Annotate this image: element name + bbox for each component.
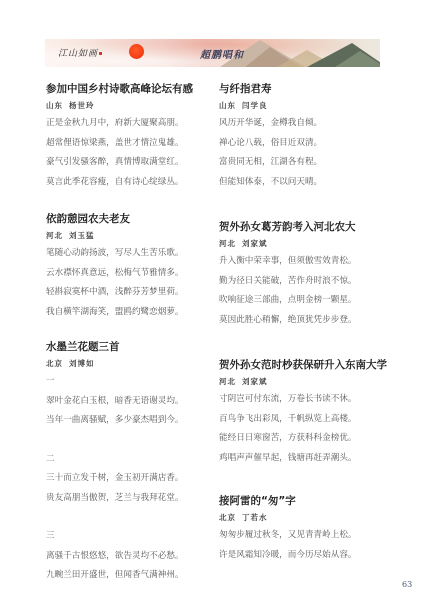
mountain-illustration [335,51,380,67]
poem-line: 翠叶金花白玉根，暗香无语谢灵均。 [46,392,221,412]
poem-line: 豪气引发骚客醉，真情博取满堂红。 [46,153,221,173]
author-name: 杨世玲 [69,101,95,110]
poem: 贺外孙女范时杪获保研升入东南大学 河北刘家斌 寸阴岂可付东流，万卷长书读不休。 … [219,358,394,468]
poem-author: 北京丁若水 [219,513,394,523]
poem-body: 一 翠叶金花白玉根，暗香无语谢灵均。 当年一曲离骚赋，多少豪杰唱到今。 二 三十… [46,372,221,586]
poem-line: 莫因此胜心稍懈，绝顶犹凭步步登。 [219,311,394,331]
brand-text: 江山如画 [58,49,98,59]
poem-line: 轻斟寂寞杯中酒，浅醉芬芳梦里荷。 [46,283,221,303]
header-banner: 江山如画 超鹏唱和 [45,39,380,67]
poem-author: 山东闫学良 [219,101,394,111]
poem-line: 能经日日寒窗苦，方获科科金榜优。 [219,429,394,449]
poem-line: 升入衡中荣幸事，但须傲雪效青松。 [219,252,394,272]
magazine-brand: 江山如画 [58,46,102,59]
poem-line: 当年一曲离骚赋，多少豪杰唱到今。 [46,411,221,431]
poem: 依韵憩园农夫老友 河北刘玉猛 笔随心动韵扬波，写尽人生苦乐歌。 云水襟怀真意远，… [46,212,221,322]
poem: 与纤指君寿 山东闫学良 风历开华诞，金樽我自倾。 禅心论八载，俗目近双清。 富贵… [219,82,394,192]
poem: 贺外孙女葛芳韵考入河北农大 河北刘家斌 升入衡中荣幸事，但须傲雪效青松。 勤为径… [219,220,394,330]
part-number: 一 [46,372,221,392]
poem-body: 寸阴岂可付东流，万卷长书读不休。 百鸟争飞出彩凤，千帆纵览上高楼。 能经日日寒窗… [219,390,394,468]
poem-line: 笔随心动韵扬波，写尽人生苦乐歌。 [46,244,221,264]
author-place: 河北 [46,231,63,240]
poem-body: 匆匆步履过秋冬，又见青青岭上松。 许是风霜知冷暖，而今历尽始从容。 [219,526,394,565]
poem-line: 富贵同无相，江湖各有程。 [219,153,394,173]
author-name: 闫学良 [242,101,268,110]
poem-author: 河北刘家斌 [219,239,394,249]
poem-author: 山东杨世玲 [46,101,221,111]
poem-line: 但能知体泰，不以问天晴。 [219,173,394,193]
poem-body: 笔随心动韵扬波，写尽人生苦乐歌。 云水襟怀真意远，松梅气节雅情多。 轻斟寂寞杯中… [46,244,221,322]
poem-title: 接阿雷的“匆”字 [219,494,394,508]
poem-title: 参加中国乡村诗歌高峰论坛有感 [46,82,221,96]
poem-body: 风历开华诞，金樽我自倾。 禅心论八载，俗目近双清。 富贵同无相，江湖各有程。 但… [219,114,394,192]
poem-line: 三十而立发千树，金玉初开满店香。 [46,469,221,489]
poem-author: 河北刘玉猛 [46,231,221,241]
part-spacer [46,431,221,450]
page-number: 63 [402,580,412,589]
poem-line: 正是金秋九月中，府新大厦聚高朋。 [46,114,221,134]
author-name: 丁若水 [242,513,268,522]
poem-line: 禅心论八载，俗目近双清。 [219,134,394,154]
author-name: 刘家斌 [242,239,268,248]
poem-title: 贺外孙女范时杪获保研升入东南大学 [219,358,394,372]
poem-line: 匆匆步履过秋冬，又见青青岭上松。 [219,526,394,546]
poem-line: 超常俚语惊梁燕，盖世才情泣鬼雄。 [46,134,221,154]
author-place: 山东 [219,101,236,110]
author-place: 北京 [219,513,236,522]
poem-body: 升入衡中荣幸事，但须傲雪效青松。 勤为径日关能破，苦作舟时浪不惊。 吹响征途三部… [219,252,394,330]
author-place: 河北 [219,377,236,386]
poem-line: 勤为径日关能破，苦作舟时浪不惊。 [219,272,394,292]
author-name: 刘家斌 [242,377,268,386]
poem-line: 我自横竿湖海笑，盟鸥约鹭恋烟萝。 [46,303,221,323]
part-number: 三 [46,527,221,547]
section-title: 超鹏唱和 [200,46,244,61]
poem-line: 莫言此季花容瘦，自有诗心绽绿丛。 [46,173,221,193]
author-place: 北京 [46,359,63,368]
part-number: 二 [46,450,221,470]
poem-line: 云水襟怀真意远，松梅气节雅情多。 [46,264,221,284]
poem: 参加中国乡村诗歌高峰论坛有感 山东杨世玲 正是金秋九月中，府新大厦聚高朋。 超常… [46,82,221,192]
red-sun-illustration [129,44,144,59]
author-place: 山东 [46,101,63,110]
poem-line: 九畹兰田开盛世，但闻香气满神州。 [46,566,221,586]
poem-line: 离骚千古恨悠悠，欲告灵均不必愁。 [46,547,221,567]
poem: 水墨兰花题三首 北京刘博如 一 翠叶金花白玉根，暗香无语谢灵均。 当年一曲离骚赋… [46,340,221,586]
poem-line: 贵友高朋当傲贺，芝兰与我拜花堂。 [46,489,221,509]
part-spacer [46,508,221,527]
poem-author: 河北刘家斌 [219,377,394,387]
poem-line: 百鸟争飞出彩凤，千帆纵览上高楼。 [219,410,394,430]
seal-icon [99,52,102,55]
poem-author: 北京刘博如 [46,359,221,369]
poem-title: 与纤指君寿 [219,82,394,96]
poem-title: 依韵憩园农夫老友 [46,212,221,226]
author-name: 刘玉猛 [69,231,95,240]
poem-line: 吹响征途三部曲，点明金榜一颗星。 [219,291,394,311]
poem-line: 鸡唱声声催早起，钱塘再赶弄潮头。 [219,449,394,469]
poem-title: 贺外孙女葛芳韵考入河北农大 [219,220,394,234]
poem-title: 水墨兰花题三首 [46,340,221,354]
poem: 接阿雷的“匆”字 北京丁若水 匆匆步履过秋冬，又见青青岭上松。 许是风霜知冷暖，… [219,494,394,565]
author-name: 刘博如 [69,359,95,368]
poem-line: 许是风霜知冷暖，而今历尽始从容。 [219,546,394,566]
poem-line: 风历开华诞，金樽我自倾。 [219,114,394,134]
poem-body: 正是金秋九月中，府新大厦聚高朋。 超常俚语惊梁燕，盖世才情泣鬼雄。 豪气引发骚客… [46,114,221,192]
author-place: 河北 [219,239,236,248]
poem-line: 寸阴岂可付东流，万卷长书读不休。 [219,390,394,410]
